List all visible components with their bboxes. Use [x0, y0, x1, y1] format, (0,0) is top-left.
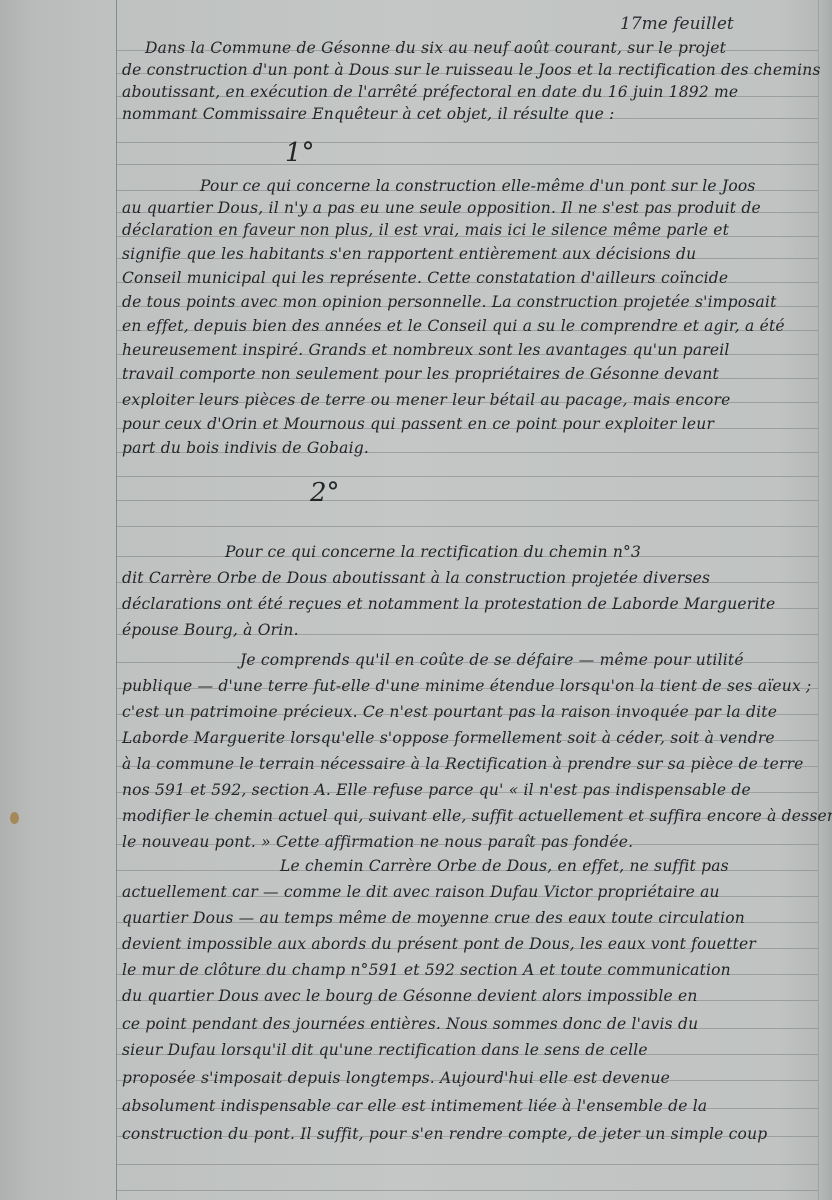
- text-line: de construction d'un pont à Dous sur le …: [122, 60, 812, 80]
- text-line: du quartier Dous avec le bourg de Gésonn…: [122, 986, 812, 1006]
- text-line: Le chemin Carrère Orbe de Dous, en effet…: [280, 856, 832, 876]
- text-line: proposée s'imposait depuis longtemps. Au…: [122, 1068, 812, 1088]
- text-line: modifier le chemin actuel qui, suivant e…: [122, 806, 812, 826]
- text-line: dit Carrère Orbe de Dous aboutissant à l…: [122, 568, 812, 588]
- text-line: de tous points avec mon opinion personne…: [122, 292, 812, 312]
- ruled-line: [116, 500, 818, 501]
- text-line: aboutissant, en exécution de l'arrêté pr…: [122, 82, 812, 102]
- text-line: nos 591 et 592, section A. Elle refuse p…: [122, 780, 812, 800]
- folio-number: 17me feuillet: [620, 14, 734, 34]
- text-line: absolument indispensable car elle est in…: [122, 1096, 812, 1116]
- text-line: construction du pont. Il suffit, pour s'…: [122, 1124, 812, 1144]
- ink-stain: [10, 812, 19, 824]
- text-line: travail comporte non seulement pour les …: [122, 364, 812, 384]
- text-line: Pour ce qui concerne la construction ell…: [200, 176, 832, 196]
- text-line: ce point pendant des journées entières. …: [122, 1014, 812, 1034]
- text-line: exploiter leurs pièces de terre ou mener…: [122, 390, 812, 410]
- ruled-line: [116, 476, 818, 477]
- text-line: Conseil municipal qui les représente. Ce…: [122, 268, 812, 288]
- text-line: actuellement car — comme le dit avec rai…: [122, 882, 812, 902]
- text-line: au quartier Dous, il n'y a pas eu une se…: [122, 198, 812, 218]
- text-line: épouse Bourg, à Orin.: [122, 620, 812, 640]
- section-heading-1: 1°: [285, 138, 315, 168]
- text-line: Laborde Marguerite lorsqu'elle s'oppose …: [122, 728, 812, 748]
- text-line: en effet, depuis bien des années et le C…: [122, 316, 812, 336]
- ruled-line: [116, 1164, 818, 1165]
- text-line: heureusement inspiré. Grands et nombreux…: [122, 340, 812, 360]
- text-line: Dans la Commune de Gésonne du six au neu…: [145, 38, 832, 58]
- text-line: nommant Commissaire Enquêteur à cet obje…: [122, 104, 812, 124]
- ruled-line: [116, 164, 818, 165]
- manuscript-page: 17me feuillet Dans la Commune de Gésonne…: [0, 0, 832, 1200]
- ruled-line: [116, 142, 818, 143]
- text-line: Pour ce qui concerne la rectification du…: [225, 542, 832, 562]
- text-line: le nouveau pont. » Cette affirmation ne …: [122, 832, 812, 852]
- text-line: à la commune le terrain nécessaire à la …: [122, 754, 812, 774]
- text-line: pour ceux d'Orin et Mournous qui passent…: [122, 414, 812, 434]
- ruled-line: [116, 1190, 818, 1191]
- ruled-line: [116, 526, 818, 527]
- text-line: Je comprends qu'il en coûte de se défair…: [240, 650, 832, 670]
- text-line: part du bois indivis de Gobaig.: [122, 438, 812, 458]
- text-line: devient impossible aux abords du présent…: [122, 934, 812, 954]
- margin-rule: [116, 0, 117, 1200]
- text-line: publique — d'une terre fut-elle d'une mi…: [122, 676, 812, 696]
- text-line: déclaration en faveur non plus, il est v…: [122, 220, 812, 240]
- text-line: sieur Dufau lorsqu'il dit qu'une rectifi…: [122, 1040, 812, 1060]
- text-line: signifie que les habitants s'en rapporte…: [122, 244, 812, 264]
- text-line: quartier Dous — au temps même de moyenne…: [122, 908, 812, 928]
- text-line: déclarations ont été reçues et notamment…: [122, 594, 812, 614]
- text-line: le mur de clôture du champ n°591 et 592 …: [122, 960, 812, 980]
- text-line: c'est un patrimoine précieux. Ce n'est p…: [122, 702, 812, 722]
- section-heading-2: 2°: [310, 478, 340, 508]
